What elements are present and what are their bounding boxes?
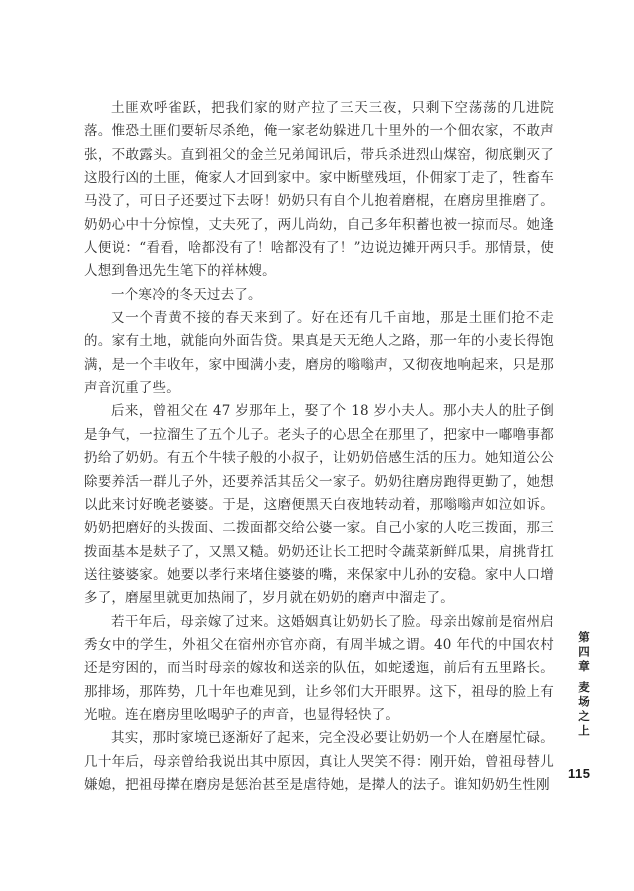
chapter-number-vertical-label: 第四章 [575,631,591,675]
paragraph: 其实，那时家境已逐渐好了起来，完全没必要让奶奶一个人在磨屋忙碌。几十年后，母亲曾… [84,727,554,797]
paragraph: 又一个青黄不接的春天来到了。好在还有几千亩地，那是土匪们抢不走的。家有土地，就能… [84,307,554,400]
page-number: 115 [568,766,590,781]
body-text-block: 土匪欢呼雀跃，把我们家的财产拉了三天三夜，只剩下空荡荡的几进院落。惟恐土匪们要斩… [84,97,554,797]
book-page: 土匪欢呼雀跃，把我们家的财产拉了三天三夜，只剩下空荡荡的几进院落。惟恐土匪们要斩… [0,0,634,891]
paragraph: 后来，曾祖父在 47 岁那年上，娶了个 18 岁小夫人。那小夫人的肚子倒是争气，… [84,400,554,610]
chapter-title-vertical-label: 麦场之上 [575,681,591,739]
paragraph: 一个寒冷的冬天过去了。 [84,284,554,307]
paragraph: 土匪欢呼雀跃，把我们家的财产拉了三天三夜，只剩下空荡荡的几进院落。惟恐土匪们要斩… [84,97,554,284]
paragraph: 若干年后，母亲嫁了过来。这婚姻真让奶奶长了脸。母亲出嫁前是宿州启秀女中的学生，外… [84,611,554,728]
